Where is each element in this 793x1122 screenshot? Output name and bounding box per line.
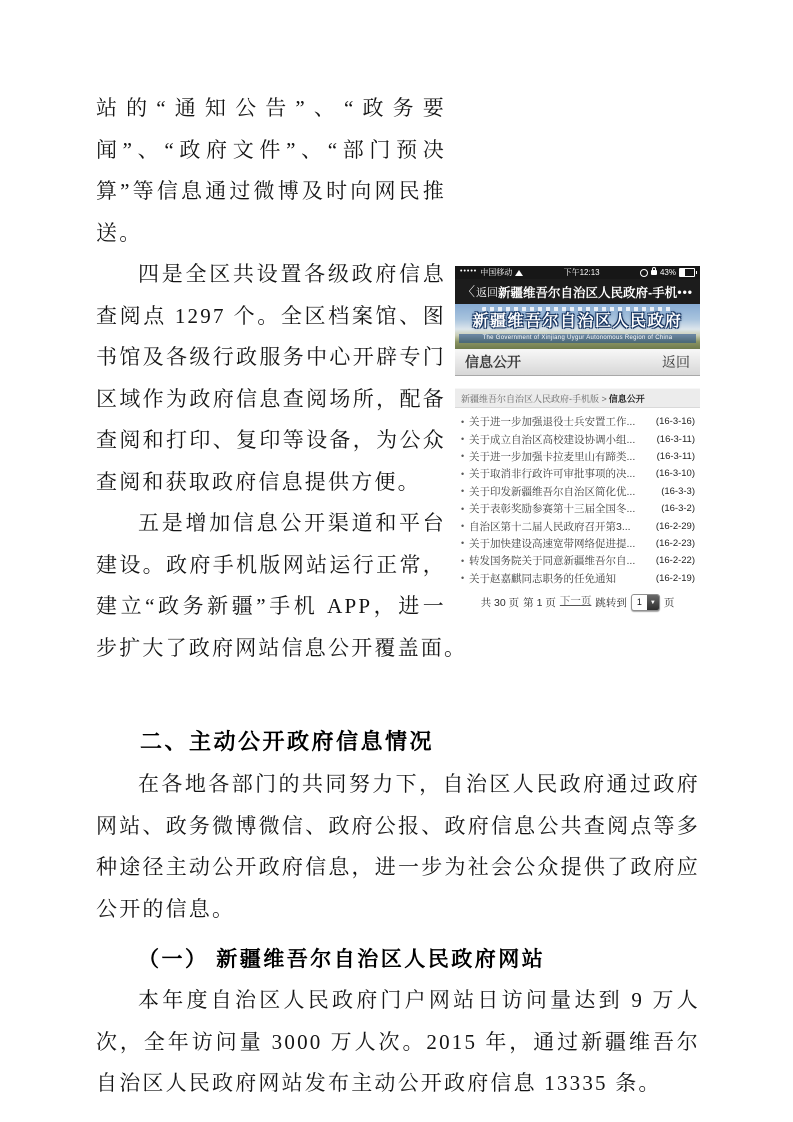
- chevron-left-icon: 〈: [462, 285, 475, 298]
- document-page: ••••• 中国移动 下午12:13 43% 〈 返回 新疆维吾尔自治区人民政府: [0, 0, 793, 1122]
- bullet-icon: •: [461, 556, 469, 566]
- section-toolbar: 信息公开 返回: [455, 349, 700, 376]
- notice-title: 转发国务院关于同意新疆维吾尔自...: [469, 553, 652, 568]
- breadcrumb: 新疆维吾尔自治区人民政府-手机版 > 信息公开: [455, 388, 700, 408]
- paragraph-section-intro: 在各地各部门的共同努力下，自治区人民政府通过政府网站、政务微博微信、政府公报、政…: [96, 764, 700, 930]
- list-item[interactable]: • 转发国务院关于同意新疆维吾尔自... (16-2-22): [461, 552, 695, 569]
- notice-date: (16-2-29): [656, 521, 695, 532]
- bullet-icon: •: [461, 573, 469, 583]
- notice-title: 关于印发新疆维吾尔自治区简化优...: [469, 484, 657, 499]
- list-item[interactable]: • 关于印发新疆维吾尔自治区简化优... (16-3-3): [461, 483, 695, 500]
- notice-date: (16-3-10): [656, 468, 695, 479]
- notice-title: 自治区第十二届人民政府召开第3...: [469, 519, 652, 534]
- notice-title: 关于进一步加强卡拉麦里山有蹄类...: [469, 449, 653, 464]
- back-button-label: 返回: [476, 284, 498, 300]
- status-left: ••••• 中国移动: [460, 267, 523, 278]
- breadcrumb-current: 信息公开: [609, 392, 645, 405]
- notice-date: (16-2-22): [656, 555, 695, 566]
- uyghur-script-decoration: [482, 307, 673, 311]
- bullet-icon: •: [461, 521, 469, 531]
- notice-date: (16-3-16): [656, 416, 695, 427]
- bullet-icon: •: [461, 451, 469, 461]
- spacer: [455, 376, 700, 388]
- next-page-link[interactable]: 下一页: [560, 593, 592, 608]
- battery-percent-label: 43%: [660, 268, 676, 277]
- status-right: 43%: [640, 268, 695, 277]
- list-item[interactable]: • 关于进一步加强退役士兵安置工作... (16-3-16): [461, 413, 695, 430]
- bullet-icon: •: [461, 434, 469, 444]
- page-title: 新疆维吾尔自治区人民政府-手机...: [498, 283, 677, 301]
- list-item[interactable]: • 关于进一步加强卡拉麦里山有蹄类... (16-3-11): [461, 448, 695, 465]
- chevron-down-icon: ▼: [647, 595, 659, 610]
- alarm-icon: [640, 269, 648, 277]
- list-item[interactable]: • 关于赵嘉麒同志职务的任免通知 (16-2-19): [461, 570, 695, 587]
- bullet-icon: •: [461, 417, 469, 427]
- bullet-icon: •: [461, 538, 469, 548]
- notice-date: (16-2-19): [656, 573, 695, 584]
- back-button[interactable]: 〈 返回: [462, 284, 498, 300]
- notice-list: • 关于进一步加强退役士兵安置工作... (16-3-16) • 关于成立自治区…: [455, 408, 700, 587]
- return-button[interactable]: 返回: [662, 352, 690, 372]
- document-content: ••••• 中国移动 下午12:13 43% 〈 返回 新疆维吾尔自治区人民政府: [96, 88, 700, 1105]
- page-select-value: 1: [632, 595, 647, 610]
- carrier-label: 中国移动: [480, 267, 512, 278]
- phone-nav-bar: 〈 返回 新疆维吾尔自治区人民政府-手机... •••: [455, 279, 700, 304]
- notice-date: (16-3-11): [657, 451, 695, 462]
- paragraph-continuation: 站的“通知公告”、“政务要闻”、“政府文件”、“部门预决算”等信息通过微博及时向…: [96, 88, 700, 254]
- bullet-icon: •: [461, 504, 469, 514]
- notice-date: (16-3-3): [661, 486, 695, 497]
- breadcrumb-path[interactable]: 新疆维吾尔自治区人民政府-手机版 >: [461, 392, 607, 405]
- notice-title: 关于赵嘉麒同志职务的任免通知: [469, 571, 652, 586]
- wifi-icon: [515, 270, 523, 276]
- jump-to-label: 跳转到: [595, 595, 627, 610]
- list-item[interactable]: • 关于加快建设高速宽带网络促进提... (16-2-23): [461, 535, 695, 552]
- list-item[interactable]: • 关于成立自治区高校建设协调小组... (16-3-11): [461, 430, 695, 447]
- list-item[interactable]: • 关于取消非行政许可审批事项的决... (16-3-10): [461, 465, 695, 482]
- embedded-phone-screenshot: ••••• 中国移动 下午12:13 43% 〈 返回 新疆维吾尔自治区人民政府: [455, 266, 700, 611]
- list-item[interactable]: • 自治区第十二届人民政府召开第3... (16-2-29): [461, 517, 695, 534]
- bullet-icon: •: [461, 486, 469, 496]
- bullet-icon: •: [461, 469, 469, 479]
- list-item[interactable]: • 关于表彰奖励参赛第十三届全国冬... (16-3-2): [461, 500, 695, 517]
- sub-heading: （一） 新疆维吾尔自治区人民政府网站: [96, 938, 700, 980]
- status-time: 下午12:13: [564, 267, 600, 278]
- notice-title: 关于表彰奖励参赛第十三届全国冬...: [469, 501, 657, 516]
- section-heading: 二、主动公开政府信息情况: [96, 719, 700, 764]
- banner-title: 新疆维吾尔自治区人民政府: [455, 312, 700, 332]
- ellipsis-more-icon[interactable]: •••: [677, 285, 693, 299]
- notice-title: 关于取消非行政许可审批事项的决...: [469, 466, 652, 481]
- battery-icon: [679, 268, 695, 277]
- government-banner: 新疆维吾尔自治区人民政府 The Government of Xinjiang …: [455, 304, 700, 349]
- total-pages-label: 共 30 页: [481, 595, 520, 610]
- banner-subtitle: The Government of Xinjiang Uygur Autonom…: [459, 334, 697, 343]
- orientation-lock-icon: [651, 270, 657, 275]
- section-title-label: 信息公开: [465, 352, 521, 372]
- phone-status-bar: ••••• 中国移动 下午12:13 43%: [455, 266, 700, 279]
- paragraph-website: 本年度自治区人民政府门户网站日访问量达到 9 万人次，全年访问量 3000 万人…: [96, 980, 700, 1105]
- signal-strength-icon: •••••: [460, 268, 477, 275]
- notice-date: (16-3-11): [657, 434, 695, 445]
- notice-date: (16-3-2): [661, 503, 695, 514]
- notice-title: 关于成立自治区高校建设协调小组...: [469, 432, 653, 447]
- page-suffix-label: 页: [664, 595, 675, 610]
- current-page-label: 第 1 页: [523, 595, 556, 610]
- pagination: 共 30 页 第 1 页 下一页 跳转到 1 ▼ 页: [455, 595, 700, 611]
- page-select-dropdown[interactable]: 1 ▼: [631, 594, 660, 611]
- notice-date: (16-2-23): [656, 538, 695, 549]
- notice-title: 关于加快建设高速宽带网络促进提...: [469, 536, 652, 551]
- notice-title: 关于进一步加强退役士兵安置工作...: [469, 414, 652, 429]
